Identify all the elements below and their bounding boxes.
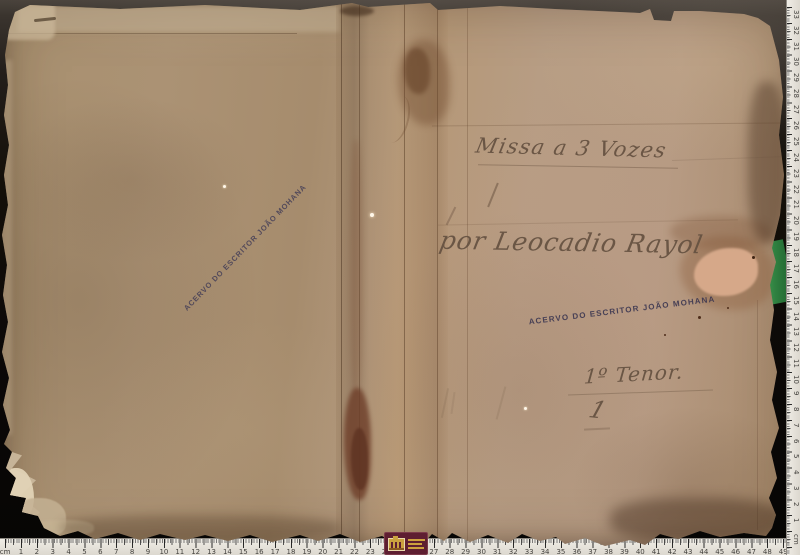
spine-stain-streak <box>350 140 362 395</box>
ruler-label: 23 <box>792 169 800 181</box>
ruler-label: 33 <box>521 548 537 555</box>
archive-logo <box>384 532 428 555</box>
photo-stage: 1234567891011121314151617181920212223242… <box>0 0 800 555</box>
ruler-label: 34 <box>537 548 553 555</box>
ruler-label: 20 <box>792 216 800 228</box>
top-edge-worn-strip <box>18 6 340 32</box>
ruler-label: 35 <box>553 548 569 555</box>
speck <box>752 256 755 259</box>
ruler-label: 22 <box>346 548 362 555</box>
ruler-label: 5 <box>792 454 800 466</box>
ruler-label: 28 <box>442 548 458 555</box>
ruler-label: 4 <box>61 548 77 555</box>
ruler-label: 17 <box>792 264 800 276</box>
ruler-label: 21 <box>331 548 347 555</box>
ruler-label: 20 <box>315 548 331 555</box>
ruler-label: 43 <box>680 548 696 555</box>
ruler-label: 13 <box>792 327 800 339</box>
ruler-label: 21 <box>792 200 800 212</box>
speck <box>727 307 729 309</box>
ruler-label: 11 <box>172 548 188 555</box>
ruler-label: 31 <box>792 42 800 54</box>
ruler-label: 10 <box>792 375 800 387</box>
ruler-label: 29 <box>458 548 474 555</box>
handwritten-title: Missa a 3 Vozes <box>474 134 670 163</box>
logo-text-bar <box>408 543 422 545</box>
ruler-label: 27 <box>426 548 442 555</box>
vertical-ruler-cm: 1234567891011121314151617181920212223242… <box>786 0 800 555</box>
fold-line <box>467 0 468 555</box>
ruler-label: 9 <box>792 391 800 403</box>
ruler-label: 40 <box>632 548 648 555</box>
ruler-label: 27 <box>792 105 800 117</box>
ruler-label: 41 <box>648 548 664 555</box>
handwritten-byline: por Leocadio Rayol <box>437 226 705 259</box>
ruler-label: 44 <box>696 548 712 555</box>
fold-line <box>341 0 342 555</box>
ruler-label: 14 <box>219 548 235 555</box>
ruler-label: 8 <box>124 548 140 555</box>
ruler-label: 15 <box>235 548 251 555</box>
ruler-label: 39 <box>616 548 632 555</box>
ruler-label: 36 <box>569 548 585 555</box>
ruler-label: 33 <box>792 10 800 22</box>
logo-text-bar <box>408 539 425 541</box>
flash-speck <box>223 185 226 188</box>
ruler-label: 38 <box>601 548 617 555</box>
manuscript-cover: 4 Missa a 3 Vozes por Leocadio Rayol 1º … <box>0 0 800 555</box>
ruler-label: 22 <box>792 185 800 197</box>
top-edge-smudge <box>340 6 374 16</box>
ruler-label: 19 <box>299 548 315 555</box>
ruler-label: 2 <box>29 548 45 555</box>
ruler-label: 32 <box>505 548 521 555</box>
ruler-label: 2 <box>792 502 800 514</box>
ruler-label: 3 <box>45 548 61 555</box>
ruler-label: 42 <box>664 548 680 555</box>
ruler-label: 47 <box>743 548 759 555</box>
ruler-label: 5 <box>77 548 93 555</box>
flash-speck <box>524 407 527 410</box>
ruler-label: 25 <box>792 137 800 149</box>
ruler-label: 45 <box>712 548 728 555</box>
ruler-label: 10 <box>156 548 172 555</box>
ruler-label: 12 <box>792 343 800 355</box>
spine-bottom-stain-core <box>351 428 368 490</box>
ruler-label: 15 <box>792 296 800 308</box>
ruler-label: 28 <box>792 89 800 101</box>
ruler-label: 19 <box>792 232 800 244</box>
ruler-label: 16 <box>251 548 267 555</box>
ruler-label: 24 <box>792 153 800 165</box>
ruler-label: 30 <box>792 57 800 69</box>
speck <box>664 334 666 336</box>
ruler-label: 3 <box>792 486 800 498</box>
ruler-label: 12 <box>188 548 204 555</box>
ruler-label: 7 <box>108 548 124 555</box>
ruler-label: 1 <box>792 518 800 530</box>
ruler-label: 7 <box>792 423 800 435</box>
ruler-label: 1 <box>13 548 29 555</box>
ruler-label: 23 <box>362 548 378 555</box>
ruler-label: 48 <box>759 548 775 555</box>
ruler-label: 14 <box>792 312 800 324</box>
ruler-label: 17 <box>267 548 283 555</box>
ruler-label: cm <box>792 534 800 546</box>
ruler-label: 37 <box>585 548 601 555</box>
crease-right-page <box>757 300 758 530</box>
speck <box>698 316 701 319</box>
ruler-label: cm <box>0 548 13 555</box>
ruler-label: 31 <box>489 548 505 555</box>
logo-text-bar <box>408 547 424 549</box>
building-icon <box>388 538 405 551</box>
ruler-label: 29 <box>792 73 800 85</box>
ruler-label: 32 <box>792 26 800 38</box>
ruler-label: 6 <box>92 548 108 555</box>
ruler-label: 4 <box>792 470 800 482</box>
flash-speck <box>370 213 374 217</box>
ruler-label: 11 <box>792 359 800 371</box>
spine-top-stain-core <box>404 48 430 94</box>
ruler-label: 8 <box>792 407 800 419</box>
ruler-label: 46 <box>728 548 744 555</box>
ruler-label: 30 <box>474 548 490 555</box>
ruler-label: 13 <box>204 548 220 555</box>
ruler-label: 18 <box>792 248 800 260</box>
ruler-label: 16 <box>792 280 800 292</box>
ruler-label: 9 <box>140 548 156 555</box>
ruler-label: 49 <box>775 548 786 555</box>
ruler-label: 6 <box>792 439 800 451</box>
ruler-label: 26 <box>792 121 800 133</box>
ruler-label: 18 <box>283 548 299 555</box>
